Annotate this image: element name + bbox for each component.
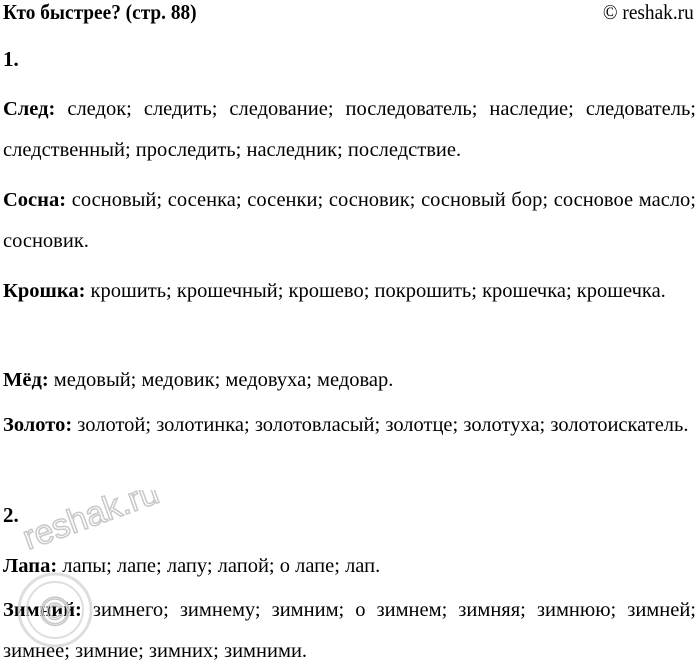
page-title: Кто быстрее? (стр. 88)	[3, 0, 197, 25]
entry-text: золотой; золотинка; золотовласый; золотц…	[72, 414, 688, 436]
entry-word: Зимний:	[3, 599, 82, 621]
entry-sosna: Сосна: сосновый; сосенка; сосенки; сосно…	[3, 180, 696, 262]
entry-word: След:	[3, 98, 55, 120]
entry-text: лапы; лапе; лапу; лапой; о лапе; лап.	[57, 555, 380, 577]
entry-text: крошить; крошечный; крошево; покрошить; …	[85, 280, 665, 302]
entry-text: медовый; медовик; медовуха; медовар.	[49, 369, 394, 391]
entry-word: Золото:	[3, 414, 72, 436]
entry-zoloto: Золото: золотой; золотинка; золотовласый…	[3, 405, 696, 446]
entry-word: Лапа:	[3, 555, 57, 577]
section-number-1: 1.	[3, 47, 19, 72]
section-number-2: 2.	[3, 503, 19, 528]
entry-text: следок; следить; следование; последовате…	[3, 98, 696, 161]
entry-word: Мёд:	[3, 369, 49, 391]
copyright-notice: © reshak.ru	[603, 0, 694, 25]
entry-lapa: Лапа: лапы; лапе; лапу; лапой; о лапе; л…	[3, 546, 696, 587]
entry-med: Мёд: медовый; медовик; медовуха; медовар…	[3, 360, 696, 401]
entry-kroshka: Крошка: крошить; крошечный; крошево; пок…	[3, 271, 696, 312]
entry-text: сосновый; сосенка; сосенки; сосновик; со…	[3, 189, 696, 252]
entry-word: Крошка:	[3, 280, 85, 302]
entry-sled: След: следок; следить; следование; после…	[3, 89, 696, 171]
entry-text: зимнего; зимнему; зимним; о зимнем; зимн…	[3, 599, 696, 662]
entry-zimniy: Зимний: зимнего; зимнему; зимним; о зимн…	[3, 590, 696, 665]
page-header: Кто быстрее? (стр. 88) © reshak.ru	[0, 0, 699, 24]
entry-word: Сосна:	[3, 189, 66, 211]
